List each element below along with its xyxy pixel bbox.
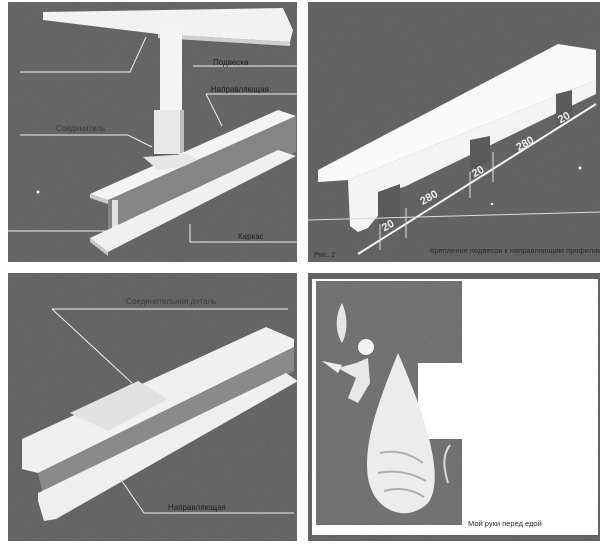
panel-poster-illustration: Мой руки перед едой (308, 273, 600, 541)
label-suspension: Подвеска (213, 58, 248, 67)
panel-suspension-assembly: Подвеска Направляющая Соединитель Каркас (8, 2, 297, 262)
poster-caption: Мой руки перед едой (468, 519, 542, 528)
label-frame: Каркас (238, 232, 264, 241)
suspension-assembly-illustration (8, 2, 297, 262)
poster-illustration (308, 273, 600, 541)
label-connecting-part: Соединительная деталь (126, 297, 216, 306)
panel-guide-profile: Соединительная деталь Направляющая (8, 273, 297, 541)
profile-dimensions-illustration (308, 2, 600, 262)
label-guide-rail: Направляющая (168, 503, 226, 512)
guide-profile-illustration (8, 273, 297, 541)
panel-profile-dimensions: 20 280 20 280 20 Рис. 2 Крепление подвес… (308, 2, 600, 262)
figure-caption: Крепление подвесов к направляющим профил… (430, 246, 600, 255)
label-connector: Соединитель (56, 124, 105, 133)
label-guide: Направляющая (211, 85, 269, 94)
figure-number: Рис. 2 (314, 250, 335, 259)
